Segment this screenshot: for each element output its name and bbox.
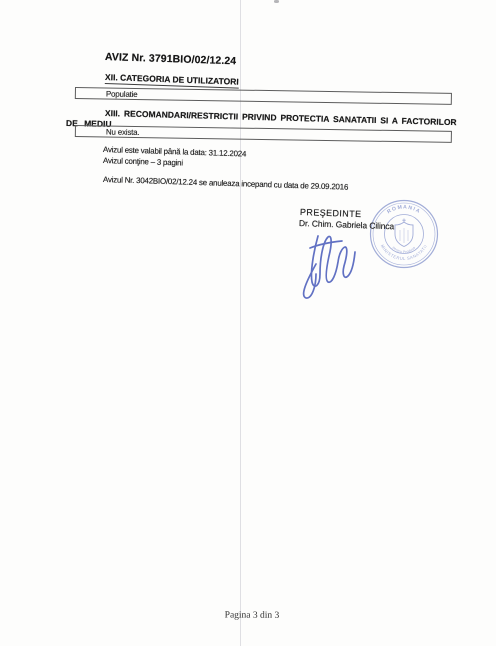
signature-role-label: PREŞEDINTE: [300, 207, 362, 219]
section-xiii-value: Nu exista.: [106, 126, 140, 136]
document-page: AVIZ Nr. 3791BIO/02/12.24 XII. CATEGORIA…: [0, 0, 496, 646]
pages-line: Avizul conţine – 3 pagini: [103, 156, 183, 168]
page-number-footer: Pagina 3 din 3: [8, 609, 496, 622]
section-xiii-value-box: Nu exista.: [75, 125, 452, 142]
svg-text:ROMANIA: ROMANIA: [386, 204, 421, 215]
section-xii-value-box: Populatie: [75, 87, 452, 104]
stamp-top-arc-text: ROMANIA: [386, 204, 421, 215]
handwritten-signature-icon: [296, 224, 388, 302]
section-xii-value: Populatie: [106, 88, 138, 97]
document-title: AVIZ Nr. 3791BIO/02/12.24: [105, 51, 237, 67]
section-xiii-heading-line1: XIII. RECOMANDARI/RESTRICTII PRIVIND PRO…: [105, 108, 457, 127]
scan-speck: [274, 0, 279, 3]
section-xii-heading: XII. CATEGORIA DE UTILIZATORI: [105, 72, 239, 89]
cancellation-line: Avizul Nr. 3042BIO/02/12.24 se anuleaza …: [103, 175, 348, 192]
